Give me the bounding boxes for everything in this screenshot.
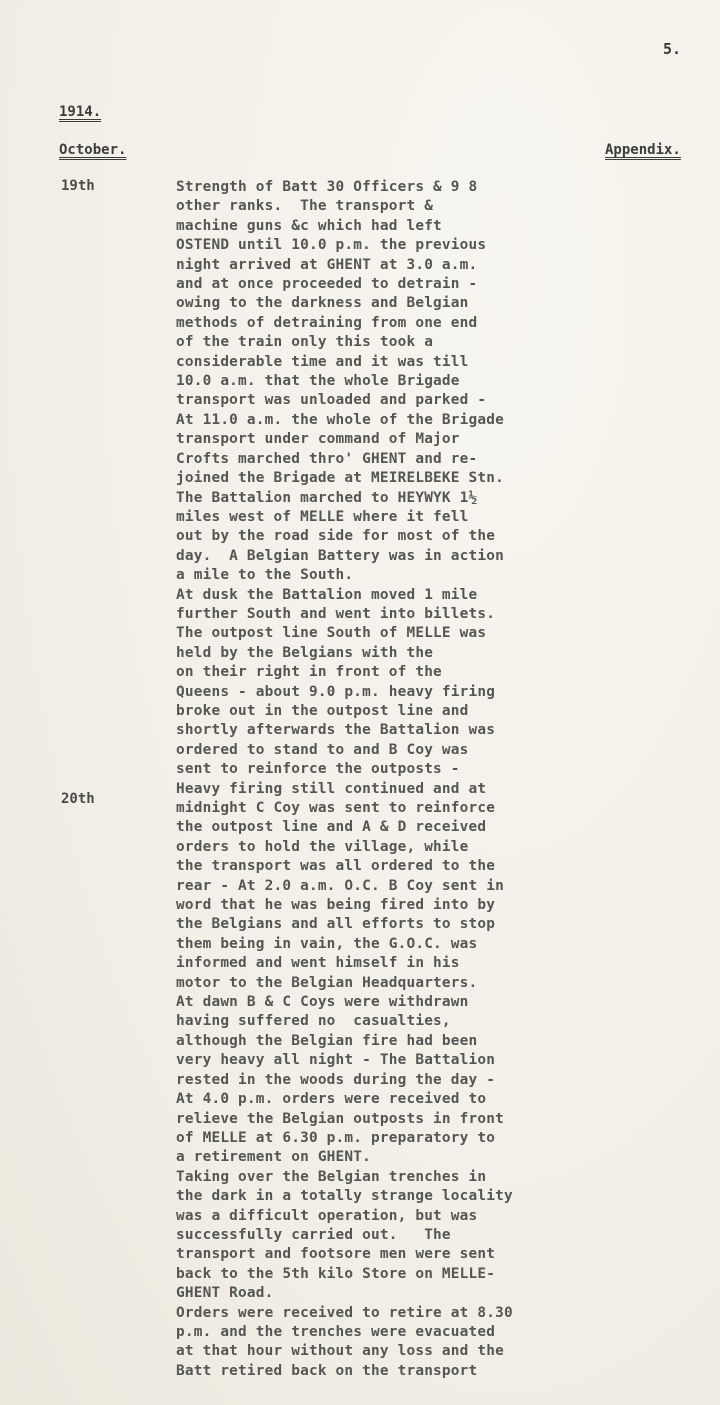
body-line: OSTEND until 10.0 p.m. the previous [176, 236, 616, 255]
body-line: At 4.0 p.m. orders were received to [176, 1090, 616, 1109]
body-line: day. A Belgian Battery was in action [176, 547, 616, 566]
body-line: Orders were received to retire at 8.30 [176, 1304, 616, 1323]
body-line: miles west of MELLE where it fell [176, 508, 616, 527]
body-line: p.m. and the trenches were evacuated [176, 1323, 616, 1342]
body-line: 10.0 a.m. that the whole Brigade [176, 372, 616, 391]
year-heading: 1914. [59, 104, 101, 120]
body-line: informed and went himself in his [176, 954, 616, 973]
body-line: considerable time and it was till [176, 353, 616, 372]
body-line: the dark in a totally strange locality [176, 1187, 616, 1206]
body-line: a mile to the South. [176, 566, 616, 585]
body-line: of MELLE at 6.30 p.m. preparatory to [176, 1129, 616, 1148]
body-line: transport under command of Major [176, 430, 616, 449]
body-line: Heavy firing still continued and at [176, 780, 616, 799]
body-line: sent to reinforce the outposts - [176, 760, 616, 779]
body-line: although the Belgian fire had been [176, 1032, 616, 1051]
body-line: At dusk the Battalion moved 1 mile [176, 586, 616, 605]
body-line: The Battalion marched to HEYWYK 1½ [176, 489, 616, 508]
page-number: 5. [663, 40, 681, 58]
date-label-19th: 19th [61, 178, 95, 194]
body-line: the outpost line and A & D received [176, 818, 616, 837]
body-line: rear - At 2.0 a.m. O.C. B Coy sent in [176, 877, 616, 896]
body-line: a retirement on GHENT. [176, 1148, 616, 1167]
body-line: other ranks. The transport & [176, 197, 616, 216]
body-line: motor to the Belgian Headquarters. [176, 974, 616, 993]
body-line: rested in the woods during the day - [176, 1071, 616, 1090]
body-line: back to the 5th kilo Store on MELLE- [176, 1265, 616, 1284]
body-line: was a difficult operation, but was [176, 1207, 616, 1226]
body-line: shortly afterwards the Battalion was [176, 721, 616, 740]
body-line: having suffered no casualties, [176, 1012, 616, 1031]
body-line: Crofts marched thro' GHENT and re- [176, 450, 616, 469]
body-line: Queens - about 9.0 p.m. heavy firing [176, 683, 616, 702]
body-line: night arrived at GHENT at 3.0 a.m. [176, 256, 616, 275]
appendix-heading: Appendix. [605, 142, 681, 158]
body-line: on their right in front of the [176, 663, 616, 682]
body-line: and at once proceeded to detrain - [176, 275, 616, 294]
body-line: GHENT Road. [176, 1284, 616, 1303]
body-line: out by the road side for most of the [176, 527, 616, 546]
body-line: At dawn B & C Coys were withdrawn [176, 993, 616, 1012]
body-line: methods of detraining from one end [176, 314, 616, 333]
body-line: At 11.0 a.m. the whole of the Brigade [176, 411, 616, 430]
body-line: them being in vain, the G.O.C. was [176, 935, 616, 954]
body-line: at that hour without any loss and the [176, 1342, 616, 1361]
body-line: held by the Belgians with the [176, 644, 616, 663]
body-line: Batt retired back on the transport [176, 1362, 616, 1381]
body-line: midnight C Coy was sent to reinforce [176, 799, 616, 818]
body-line: transport and footsore men were sent [176, 1245, 616, 1264]
body-line: very heavy all night - The Battalion [176, 1051, 616, 1070]
body-line: joined the Brigade at MEIRELBEKE Stn. [176, 469, 616, 488]
date-label-20th: 20th [61, 791, 95, 807]
body-line: broke out in the outpost line and [176, 702, 616, 721]
body-line: Taking over the Belgian trenches in [176, 1168, 616, 1187]
body-line: ordered to stand to and B Coy was [176, 741, 616, 760]
body-line: relieve the Belgian outposts in front [176, 1110, 616, 1129]
month-heading: October. [59, 142, 126, 158]
body-line: word that he was being fired into by [176, 896, 616, 915]
body-line: further South and went into billets. [176, 605, 616, 624]
body-line: the Belgians and all efforts to stop [176, 915, 616, 934]
body-line: successfully carried out. The [176, 1226, 616, 1245]
body-line: the transport was all ordered to the [176, 857, 616, 876]
body-line: machine guns &c which had left [176, 217, 616, 236]
diary-body-text: Strength of Batt 30 Officers & 9 8other … [176, 178, 616, 1381]
body-line: transport was unloaded and parked - [176, 391, 616, 410]
body-line: Strength of Batt 30 Officers & 9 8 [176, 178, 616, 197]
body-line: of the train only this took a [176, 333, 616, 352]
body-line: The outpost line South of MELLE was [176, 624, 616, 643]
body-line: orders to hold the village, while [176, 838, 616, 857]
body-line: owing to the darkness and Belgian [176, 294, 616, 313]
